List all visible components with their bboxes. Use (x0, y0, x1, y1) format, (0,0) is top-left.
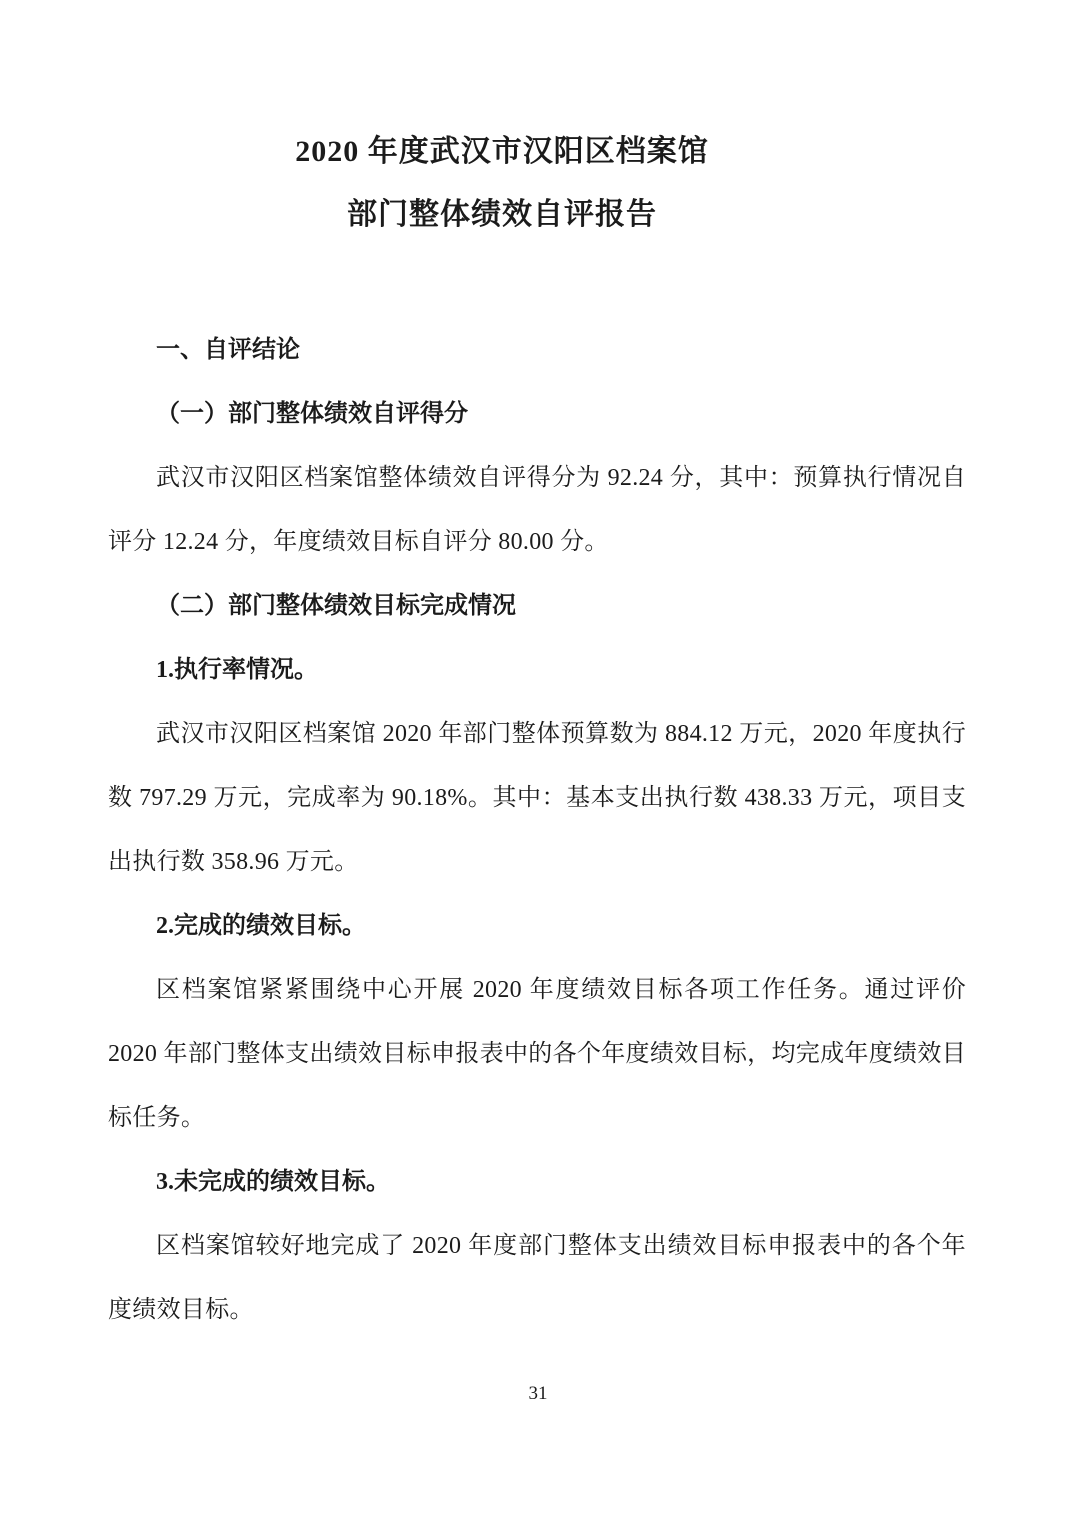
title-line-2: 部门整体绩效自评报告 (0, 183, 1040, 246)
para-uncompleted-targets: 区档案馆较好地完成了 2020 年度部门整体支出绩效目标申报表中的各个年度绩效目… (108, 1214, 966, 1342)
page-number: 31 (0, 1384, 1076, 1404)
document-page: 2020 年度武汉市汉阳区档案馆 部门整体绩效自评报告 一、自评结论 （一）部门… (0, 0, 1076, 1522)
heading-execution-rate: 1.执行率情况。 (108, 638, 966, 702)
document-body: 一、自评结论 （一）部门整体绩效自评得分 武汉市汉阳区档案馆整体绩效自评得分为 … (108, 318, 966, 1342)
heading-self-eval-score: （一）部门整体绩效自评得分 (108, 382, 966, 446)
para-execution-rate: 武汉市汉阳区档案馆 2020 年部门整体预算数为 884.12 万元，2020 … (108, 702, 966, 894)
para-self-eval-score: 武汉市汉阳区档案馆整体绩效自评得分为 92.24 分，其中：预算执行情况自评分 … (108, 446, 966, 574)
title-line-1: 2020 年度武汉市汉阳区档案馆 (0, 120, 1040, 183)
document-title: 2020 年度武汉市汉阳区档案馆 部门整体绩效自评报告 (0, 0, 1040, 246)
para-completed-targets: 区档案馆紧紧围绕中心开展 2020 年度绩效目标各项工作任务。通过评价 2020… (108, 958, 966, 1150)
heading-target-completion: （二）部门整体绩效目标完成情况 (108, 574, 966, 638)
heading-self-eval-conclusion: 一、自评结论 (108, 318, 966, 382)
heading-completed-targets: 2.完成的绩效目标。 (108, 894, 966, 958)
heading-uncompleted-targets: 3.未完成的绩效目标。 (108, 1150, 966, 1214)
